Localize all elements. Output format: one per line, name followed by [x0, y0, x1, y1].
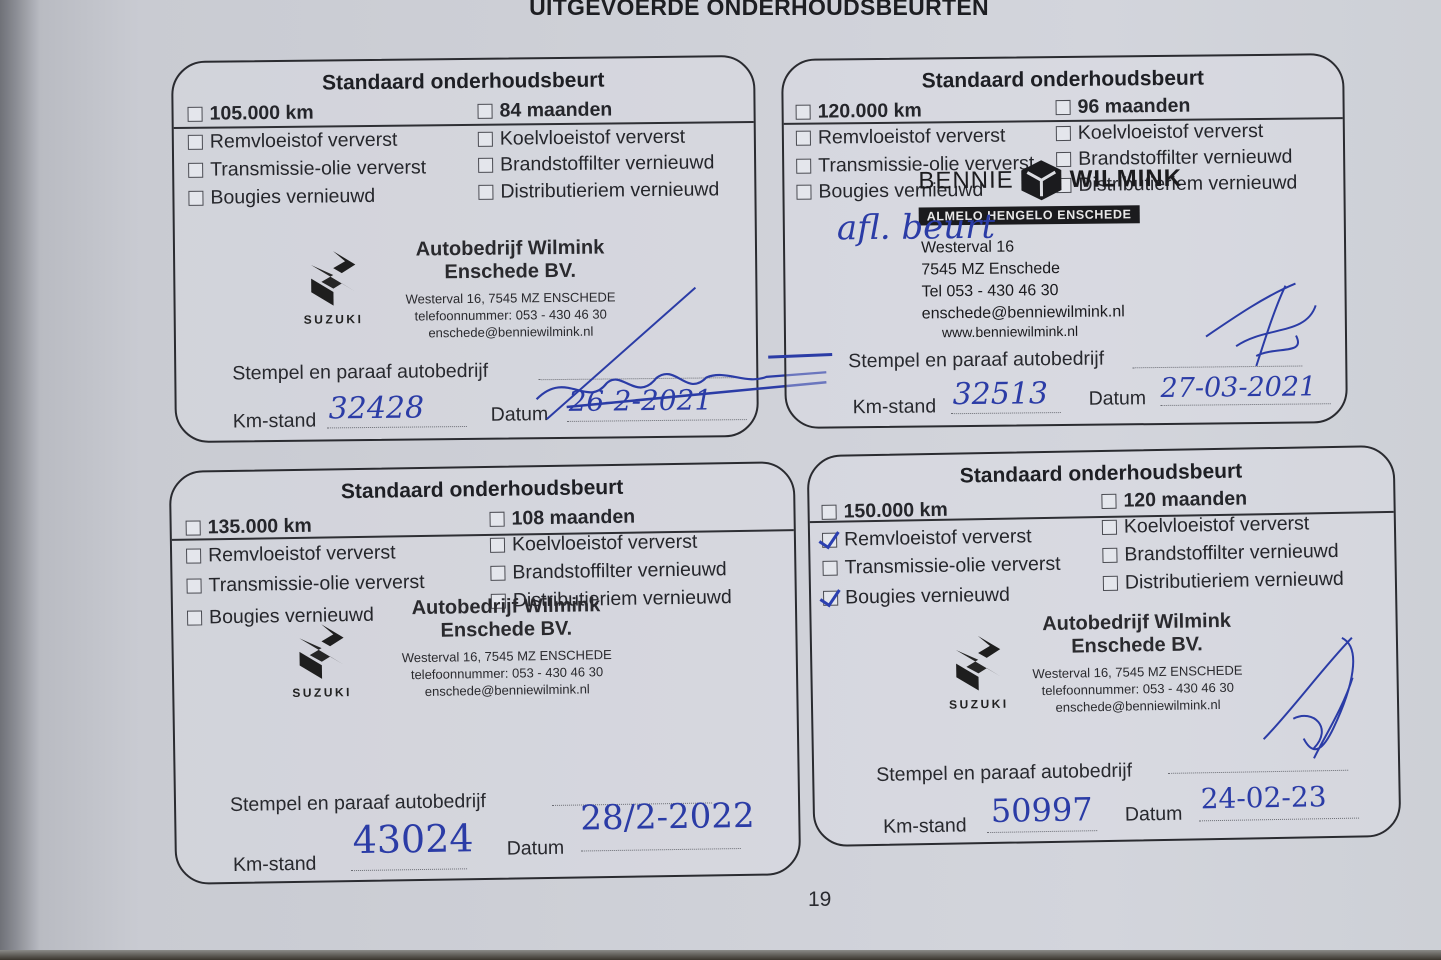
date-value[interactable]: 28/2-2022: [580, 796, 755, 839]
task-label: Transmissie-olie ververst: [844, 553, 1060, 580]
suzuki-logo: SUZUKI: [303, 249, 363, 327]
bennie-wilmink-stamp: BENNIE WILMINK ALMELO HENGELO ENSCHEDE W…: [918, 157, 1184, 340]
task-koelvloeistof[interactable]: Koelvloeistof ververst: [1102, 512, 1310, 539]
date-line[interactable]: [581, 848, 741, 852]
bw-brand-right: WILMINK: [1070, 165, 1183, 194]
handwritten-note: afl. beurt: [837, 207, 996, 249]
signature-icon: [1195, 275, 1336, 376]
km-value[interactable]: 43024: [352, 816, 474, 862]
checkbox[interactable]: [490, 538, 505, 553]
task-label: Remvloeistof ververst: [844, 525, 1032, 551]
interval-months[interactable]: 120 maanden: [1101, 487, 1247, 513]
checkbox[interactable]: [1056, 100, 1071, 115]
bw-phone: Tel 053 - 430 46 30: [921, 279, 1183, 304]
task-koelvloeistof[interactable]: Koelvloeistof ververst: [1056, 120, 1264, 145]
checkbox-checked[interactable]: [823, 591, 838, 606]
checkbox[interactable]: [478, 185, 493, 200]
bw-web: www.benniewilmink.nl: [942, 323, 1184, 340]
task-remvloeistof[interactable]: Remvloeistof ververst: [796, 125, 1006, 150]
card-title: Standaard onderhoudsbeurt: [171, 473, 793, 507]
task-koelvloeistof[interactable]: Koelvloeistof ververst: [478, 126, 686, 151]
suzuki-logo: SUZUKI: [291, 622, 352, 700]
checkbox[interactable]: [489, 512, 504, 527]
stamp-company: Autobedrijf Wilmink: [381, 594, 631, 621]
checkbox[interactable]: [1103, 576, 1118, 591]
km-value[interactable]: 50997: [991, 790, 1093, 830]
task-label: Koelvloeistof ververst: [512, 531, 698, 557]
task-koelvloeistof[interactable]: Koelvloeistof ververst: [490, 531, 698, 557]
task-brandstoffilter[interactable]: Brandstoffilter vernieuwd: [478, 151, 714, 176]
interval-km[interactable]: 105.000 km: [187, 102, 313, 126]
signature-icon: [1252, 627, 1374, 769]
checkbox-checked[interactable]: [822, 533, 837, 548]
checkbox[interactable]: [1102, 548, 1117, 563]
task-label: Remvloeistof ververst: [210, 129, 398, 154]
checkbox[interactable]: [188, 163, 203, 178]
task-label: Brandstoffilter vernieuwd: [1124, 540, 1339, 567]
suzuki-wordmark: SUZUKI: [949, 697, 1009, 712]
date-label: Datum: [507, 837, 565, 861]
stamp-label: Stempel en paraaf autobedrijf: [230, 790, 486, 817]
km-line[interactable]: [951, 412, 1061, 414]
dealer-stamp: Autobedrijf Wilmink Enschede BV. Westerv…: [1021, 609, 1253, 716]
task-label: Koelvloeistof ververst: [1078, 120, 1264, 145]
interval-months[interactable]: 84 maanden: [477, 98, 612, 122]
suzuki-logo: SUZUKI: [948, 634, 1009, 712]
interval-km[interactable]: 135.000 km: [186, 515, 312, 540]
service-card-4: Standaard onderhoudsbeurt 150.000 km 120…: [807, 445, 1402, 847]
stamp-label: Stempel en paraaf autobedrijf: [232, 360, 488, 386]
task-distributieriem[interactable]: Distributieriem vernieuwd: [478, 178, 719, 204]
interval-months[interactable]: 108 maanden: [489, 506, 635, 531]
bw-brand-left: BENNIE: [918, 167, 1014, 196]
interval-months-label: 108 maanden: [511, 506, 635, 531]
checkbox[interactable]: [478, 132, 493, 147]
task-distributieriem[interactable]: Distributieriem vernieuwd: [1103, 568, 1344, 595]
task-bougies[interactable]: Bougies vernieuwd: [823, 584, 1010, 610]
bw-address: Westerval 16 7545 MZ Enschede Tel 053 - …: [921, 235, 1184, 340]
service-card-3: Standaard onderhoudsbeurt 135.000 km 108…: [169, 461, 801, 885]
bw-cube-icon: [1019, 158, 1063, 202]
stamp-label: Stempel en paraaf autobedrijf: [876, 760, 1132, 787]
checkbox[interactable]: [1101, 494, 1116, 509]
checkbox[interactable]: [188, 191, 203, 206]
stamp-company: Autobedrijf Wilmink: [385, 236, 635, 262]
checkbox[interactable]: [822, 561, 837, 576]
checkbox[interactable]: [1102, 520, 1117, 535]
checkbox[interactable]: [821, 505, 836, 520]
checkbox[interactable]: [477, 104, 492, 119]
date-line[interactable]: [1199, 818, 1359, 822]
suzuki-s-icon: [304, 249, 363, 308]
stamp-company: Autobedrijf Wilmink: [1021, 609, 1251, 636]
page-title: UITGEVOERDE ONDERHOUDSBEURTEN: [0, 0, 1441, 21]
km-label: Km-stand: [233, 410, 317, 434]
card-title: Standaard onderhoudsbeurt: [809, 457, 1393, 491]
interval-km-label: 135.000 km: [208, 515, 312, 540]
checkbox[interactable]: [796, 159, 811, 174]
km-line[interactable]: [351, 868, 467, 871]
bw-brand: BENNIE WILMINK: [918, 157, 1182, 204]
task-remvloeistof[interactable]: Remvloeistof ververst: [186, 541, 396, 567]
stamp-company-2: Enschede BV.: [1022, 632, 1252, 659]
bw-email: enschede@benniewilmink.nl: [922, 301, 1184, 326]
km-label: Km-stand: [233, 853, 317, 877]
task-remvloeistof[interactable]: Remvloeistof ververst: [188, 129, 398, 154]
stamp-company-2: Enschede BV.: [381, 617, 631, 644]
task-transmissie[interactable]: Transmissie-olie ververst: [186, 571, 424, 598]
task-bougies[interactable]: Bougies vernieuwd: [188, 185, 375, 210]
suzuki-s-icon: [292, 622, 351, 681]
suzuki-s-icon: [949, 634, 1008, 693]
checkbox[interactable]: [490, 566, 505, 581]
suzuki-wordmark: SUZUKI: [292, 685, 352, 700]
dealer-stamp: Autobedrijf Wilmink Enschede BV. Westerv…: [381, 594, 633, 701]
km-label: Km-stand: [883, 814, 967, 838]
interval-km-label: 120.000 km: [818, 99, 922, 123]
task-label: Koelvloeistof ververst: [1124, 512, 1310, 538]
task-label: Koelvloeistof ververst: [500, 126, 686, 151]
checkbox[interactable]: [796, 185, 811, 200]
checkbox[interactable]: [1056, 126, 1071, 141]
task-label: Brandstoffilter vernieuwd: [512, 558, 727, 584]
km-line[interactable]: [987, 830, 1097, 833]
card-title: Standaard onderhoudsbeurt: [783, 65, 1342, 95]
service-card-2: Standaard onderhoudsbeurt 120.000 km 96 …: [781, 53, 1348, 429]
km-value[interactable]: 32513: [952, 376, 1048, 412]
interval-months-label: 84 maanden: [499, 98, 612, 122]
task-label: Bougies vernieuwd: [845, 584, 1010, 610]
date-value[interactable]: 24-02-23: [1200, 780, 1326, 815]
card-title: Standaard onderhoudsbeurt: [173, 67, 753, 97]
checkbox[interactable]: [796, 105, 811, 120]
date-label: Datum: [1089, 387, 1147, 411]
task-label: Remvloeistof ververst: [818, 125, 1006, 150]
interval-months[interactable]: 96 maanden: [1055, 95, 1190, 119]
date-value[interactable]: 27-03-2021: [1160, 371, 1316, 404]
task-label: Brandstoffilter vernieuwd: [500, 151, 714, 176]
km-line[interactable]: [327, 426, 467, 428]
task-label: Distributieriem vernieuwd: [1125, 568, 1344, 595]
bw-city: 7545 MZ Enschede: [921, 257, 1183, 282]
task-transmissie[interactable]: Transmissie-olie ververst: [188, 156, 426, 181]
task-label: Distributieriem vernieuwd: [500, 178, 719, 203]
interval-km-label: 105.000 km: [209, 102, 313, 126]
date-label: Datum: [1125, 803, 1183, 827]
ink-mark: [766, 350, 836, 361]
checkbox[interactable]: [188, 135, 203, 150]
stamp-email: enschede@benniewilmink.nl: [1023, 695, 1253, 716]
interval-km[interactable]: 120.000 km: [796, 99, 922, 123]
task-label: Remvloeistof ververst: [208, 541, 396, 567]
checkbox[interactable]: [796, 131, 811, 146]
checkbox[interactable]: [186, 548, 201, 563]
stamp-label: Stempel en paraaf autobedrijf: [848, 348, 1104, 374]
checkbox[interactable]: [187, 107, 202, 122]
suzuki-wordmark: SUZUKI: [304, 312, 364, 327]
task-remvloeistof[interactable]: Remvloeistof ververst: [822, 525, 1032, 552]
task-label: Bougies vernieuwd: [210, 185, 375, 210]
book-edge: [0, 950, 1441, 960]
km-label: Km-stand: [853, 395, 937, 419]
task-brandstoffilter[interactable]: Brandstoffilter vernieuwd: [1102, 540, 1339, 567]
task-label: Transmissie-olie ververst: [208, 571, 424, 597]
service-card-1: Standaard onderhoudsbeurt 105.000 km 84 …: [171, 55, 759, 443]
page-number: 19: [808, 888, 831, 912]
task-brandstoffilter[interactable]: Brandstoffilter vernieuwd: [490, 558, 727, 585]
stamp-line: [1168, 770, 1348, 774]
checkbox[interactable]: [186, 578, 201, 593]
checkbox[interactable]: [187, 610, 202, 625]
task-transmissie[interactable]: Transmissie-olie ververst: [822, 553, 1060, 580]
checkbox[interactable]: [186, 520, 201, 535]
checkbox[interactable]: [478, 158, 493, 173]
task-label: Transmissie-olie ververst: [210, 156, 426, 181]
km-value[interactable]: 32428: [328, 390, 424, 426]
interval-months-label: 96 maanden: [1077, 95, 1190, 119]
interval-months-label: 120 maanden: [1123, 487, 1247, 512]
